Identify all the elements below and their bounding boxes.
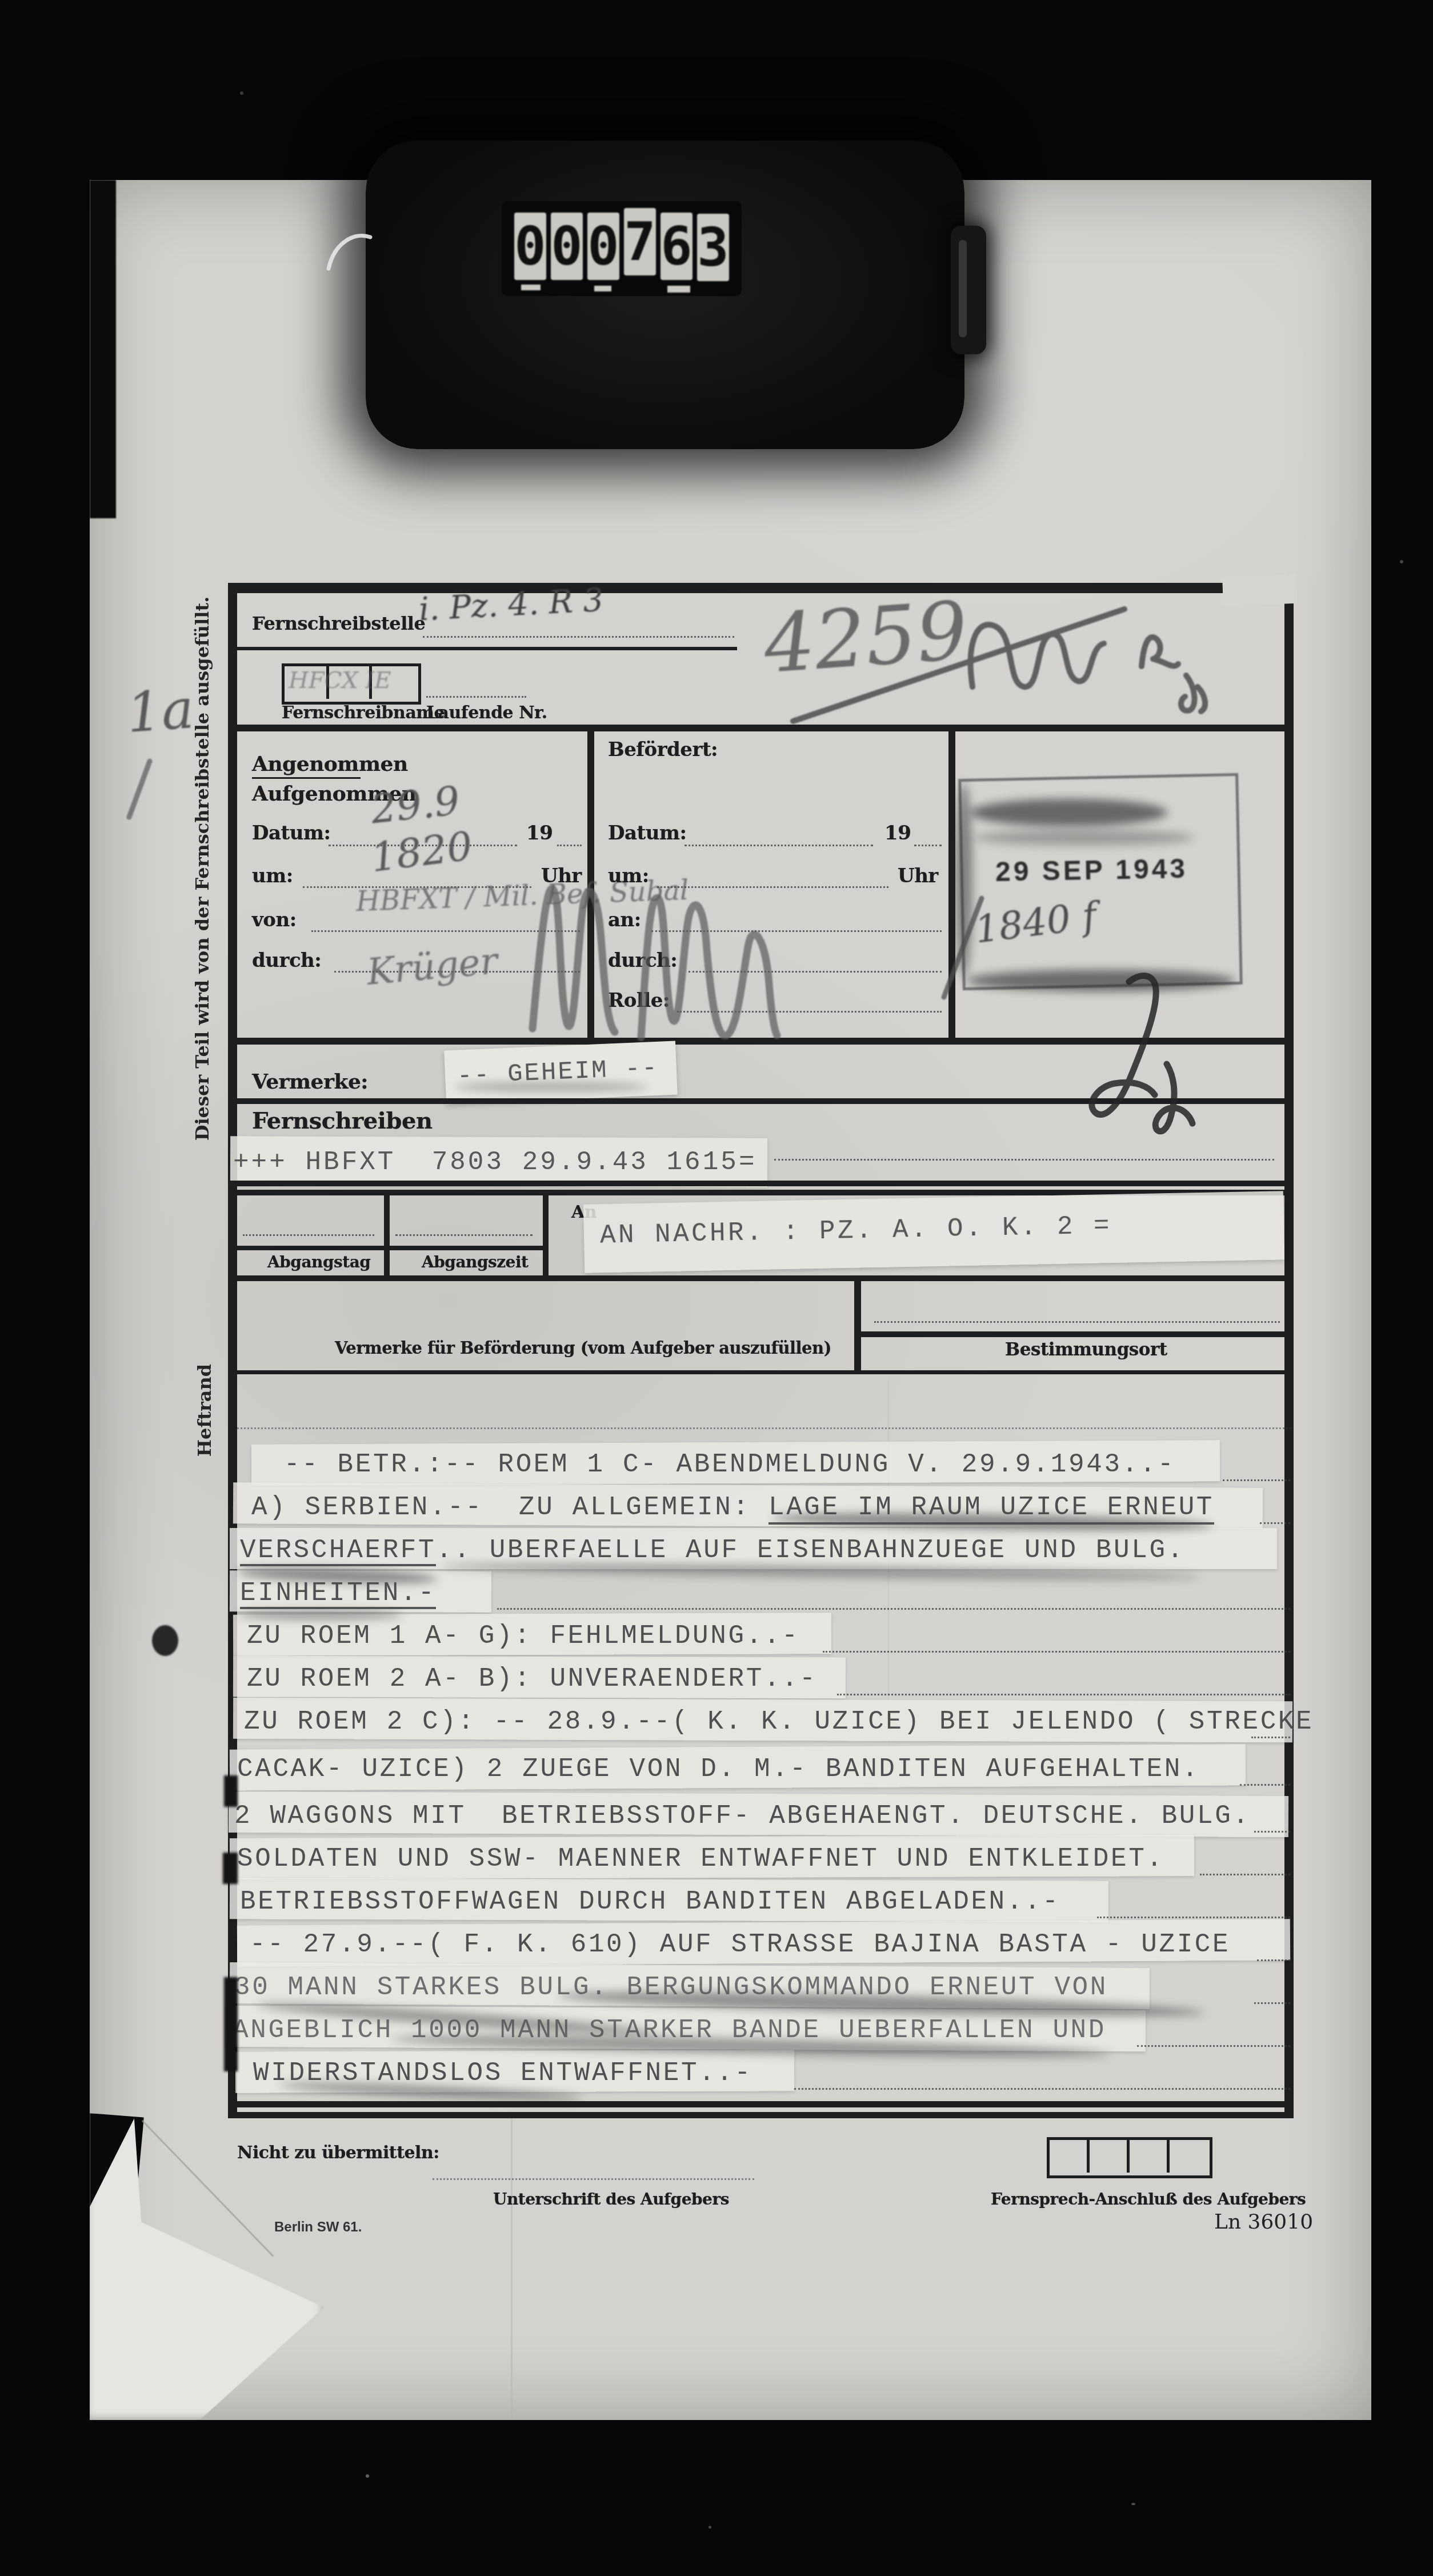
- handwriting-scribbles-svg: [0, 0, 1433, 2576]
- film-speck: [1400, 560, 1403, 563]
- film-speck: [1131, 2503, 1135, 2505]
- film-speck: [240, 91, 243, 95]
- film-speck: [709, 2526, 711, 2529]
- film-speck: [366, 2474, 369, 2478]
- microfilm-frame: 0 0 0 7 6 3 Dieser Teil wird von der Fer…: [0, 0, 1433, 2576]
